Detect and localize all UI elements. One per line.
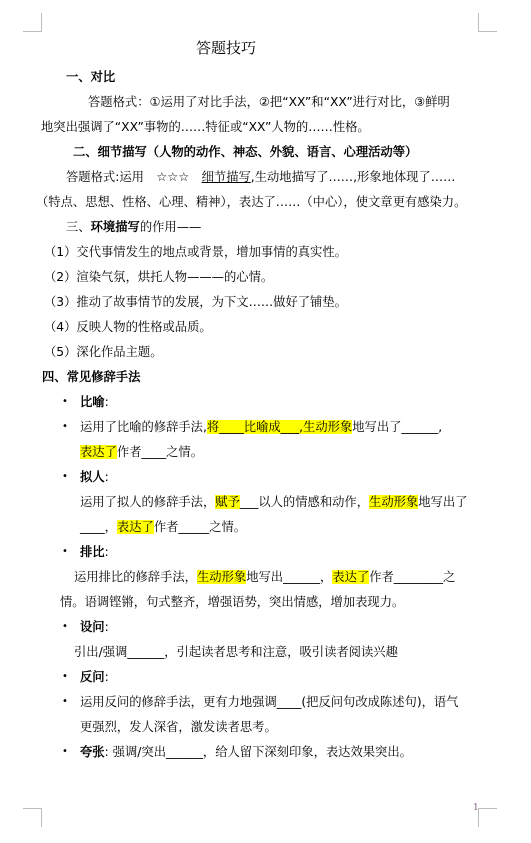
rhetorical-question-label: 设问: (80, 619, 109, 635)
personification-line2: ____，表达了作者_____之情。 (80, 519, 246, 535)
bold-term: 环境描写 (91, 220, 140, 234)
parallelism-line2: 情。语调铿锵，句式整齐，增强语势，突出情感，增加表现力。 (60, 594, 404, 610)
bold-term: 拟人 (80, 470, 105, 484)
text: 地写出了______, (352, 420, 442, 434)
colon: : (105, 545, 109, 559)
page-number: 1 (473, 803, 479, 813)
bold-term: 设问 (80, 620, 105, 634)
text: ,生动地描写了……,形象地体现了…… (251, 170, 456, 184)
corner-mark-bottom-left (23, 808, 42, 827)
bullet-icon: • (62, 619, 68, 635)
list-item: （4）反映人物的性格或品质。 (44, 319, 212, 335)
parallelism-line1: 运用排比的修辞手法，生动形象地写出______，表达了作者________之 (74, 569, 455, 585)
highlighted-text: 将____比喻成___,生动形象 (207, 420, 352, 434)
text: 运用了比喻的修辞手法, (80, 420, 207, 434)
counter-question-line2: 更强烈，发人深省，激发读者思考。 (80, 719, 277, 735)
bullet-icon: • (62, 469, 68, 485)
bullet-icon: • (62, 669, 68, 685)
section2-line2: （特点、思想、性格、心理、精神），表达了……（中心），使文章更有感染力。 (36, 194, 466, 210)
text: 运用了拟人的修辞手法， (80, 495, 215, 509)
personification-line1: 运用了拟人的修辞手法，赋予___以人的情感和动作，生动形象地写出了 (80, 494, 467, 510)
corner-mark-top-right (478, 13, 497, 32)
bullet-icon: • (62, 419, 68, 435)
rhetorical-question-line1: 引出/强调______，引起读者思考和注意，吸引读者阅读兴趣 (74, 644, 398, 660)
section1-line1: 答题格式：①运用了对比手法，②把“XX”和“XX”进行对比，③鲜明 (88, 94, 450, 110)
text: 运用排比的修辞手法， (74, 570, 197, 584)
highlighted-text: 表达了 (332, 570, 369, 584)
list-item: （2）渲染气氛，烘托人物———的心情。 (44, 269, 273, 285)
list-item: （1）交代事情发生的地点或背景，增加事情的真实性。 (44, 244, 347, 260)
colon: : (105, 620, 109, 634)
section1-line2: 地突出强调了“XX”事物的……特征或“XX”人物的……性格。 (41, 119, 370, 135)
metaphor-line1: 运用了比喻的修辞手法,将____比喻成___,生动形象地写出了______, (80, 419, 442, 435)
section2-heading: 二、细节描写（人物的动作、神态、外貌、语言、心理活动等） (73, 144, 417, 160)
text: 作者________之 (369, 570, 455, 584)
text: 作者____之情。 (117, 445, 203, 459)
highlighted-text: 表达了 (117, 520, 154, 534)
bullet-icon: • (62, 394, 68, 410)
text: 的作用—— (140, 220, 202, 234)
section3-heading: 三、环境描写的作用—— (66, 219, 201, 235)
bullet-icon: • (62, 544, 68, 560)
bold-term: 排比 (80, 545, 105, 559)
bold-term: 反问 (80, 670, 105, 684)
colon: : (105, 395, 109, 409)
metaphor-label: 比喻: (80, 394, 109, 410)
text: 地写出______， (246, 570, 332, 584)
list-item: （5）深化作品主题。 (44, 344, 163, 360)
counter-question-label: 反问: (80, 669, 109, 685)
highlighted-text: 生动形象 (369, 495, 418, 509)
hyperbole-line: 夸张: 强调/突出______，给人留下深刻印象，表达效果突出。 (80, 744, 412, 760)
highlighted-text: 赋予 (215, 495, 240, 509)
underlined-term: 细节描写 (202, 170, 251, 184)
highlighted-text: 表达了 (80, 445, 117, 459)
personification-label: 拟人: (80, 469, 109, 485)
text: 作者_____之情。 (154, 520, 246, 534)
highlighted-text: 生动形象 (197, 570, 246, 584)
text: ___以人的情感和动作， (240, 495, 369, 509)
parallelism-label: 排比: (80, 544, 109, 560)
text: 答题格式:运用 ☆☆☆ (66, 170, 202, 184)
text: 地写出了 (418, 495, 467, 509)
text: 三、 (66, 220, 91, 234)
bullet-icon: • (62, 744, 68, 760)
colon: : (105, 670, 109, 684)
bold-term: 夸张 (80, 745, 105, 759)
metaphor-line2: 表达了作者____之情。 (80, 444, 203, 460)
text: ____， (80, 520, 117, 534)
section4-heading: 四、常见修辞手法 (42, 369, 140, 385)
list-item: （3）推动了故事情节的发展，为下文……做好了铺垫。 (44, 294, 347, 310)
section2-line1: 答题格式:运用 ☆☆☆ 细节描写,生动地描写了……,形象地体现了…… (66, 169, 455, 185)
colon: : (105, 470, 109, 484)
document-title: 答题技巧 (196, 40, 256, 56)
corner-mark-top-left (23, 13, 42, 32)
section1-heading: 一、对比 (66, 69, 115, 85)
counter-question-line1: 运用反问的修辞手法，更有力地强调____(把反问句改成陈述句)，语气 (80, 694, 459, 710)
bold-term: 比喻 (80, 395, 105, 409)
bullet-icon: • (62, 694, 68, 710)
corner-mark-bottom-right (478, 808, 497, 827)
text: 强调/突出______，给人留下深刻印象，表达效果突出。 (109, 745, 412, 759)
